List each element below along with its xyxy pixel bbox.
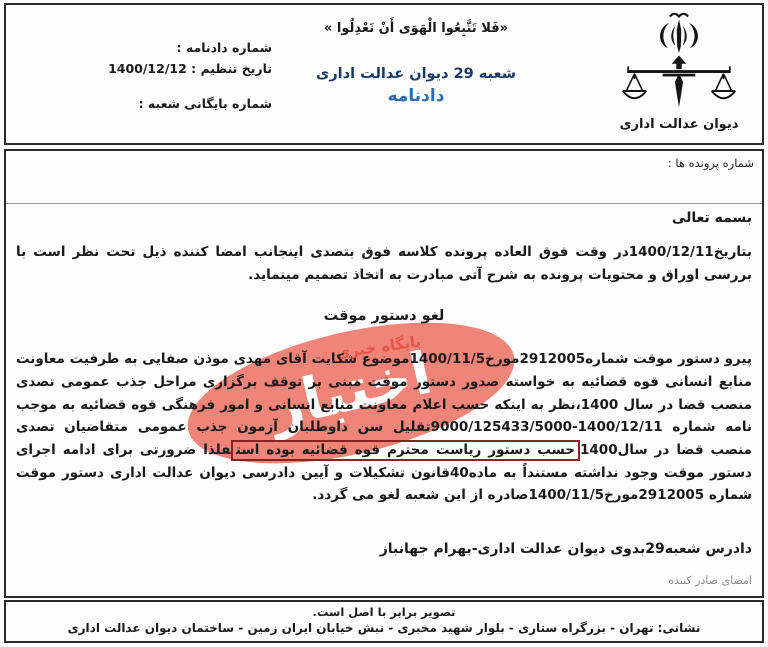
quran-verse: «فَلا تَتَّبِعُوا الْهَوَی أَنْ تَعْدِلُ… — [266, 21, 566, 36]
document-type-title: دادنامه — [266, 86, 566, 106]
address-line: نشانی: تهران - بزرگراه ستاری - بلوار شهی… — [6, 621, 762, 635]
court-verdict-document: شماره دادنامه : تاریخ تنظیم : 1400/12/12… — [0, 0, 768, 647]
verdict-number-label: شماره دادنامه : — [22, 37, 272, 58]
archive-number-label: شماره بایگانی شعبه : — [22, 93, 272, 114]
footer-section: تصویر برابر با اصل است. نشانی: تهران - ب… — [4, 600, 764, 643]
body-section: شماره پرونده ها : اختبار پایگاه خبری بسم… — [4, 149, 764, 598]
basmala-line: بسمه تعالی — [16, 210, 752, 226]
justice-scales-emblem-icon — [620, 9, 738, 113]
ruling-heading: لغو دستور موقت — [16, 308, 752, 324]
case-numbers-row: شماره پرونده ها : — [6, 151, 762, 204]
certified-copy-line: تصویر برابر با اصل است. — [6, 605, 762, 619]
judge-signature-line: دادرس شعبه29بدوی دیوان عدالت اداری-بهرام… — [16, 541, 752, 557]
emblem-block: دیوان عدالت اداری — [606, 9, 752, 132]
case-numbers-label: شماره پرونده ها : — [668, 156, 754, 170]
highlighted-phrase-box: حسب دستور ریاست محترم قوه قضائیه بوده اس… — [231, 440, 580, 461]
header-center-block: «فَلا تَتَّبِعُوا الْهَوَی أَنْ تَعْدِلُ… — [266, 5, 566, 143]
document-numbers-block: شماره دادنامه : تاریخ تنظیم : 1400/12/12… — [22, 37, 272, 114]
issuer-signature-note: امضای صادر کننده — [16, 574, 752, 587]
organization-name: دیوان عدالت اداری — [606, 117, 752, 132]
issue-date-label: تاریخ تنظیم : 1400/12/12 — [22, 58, 272, 79]
header-section: شماره دادنامه : تاریخ تنظیم : 1400/12/12… — [4, 3, 764, 145]
intro-paragraph: بتاریخ1400/12/11در وقت فوق العاده پرونده… — [16, 241, 752, 286]
branch-title: شعبه 29 دیوان عدالت اداری — [266, 66, 566, 82]
verdict-main-content: اختبار پایگاه خبری بسمه تعالی بتاریخ1400… — [6, 204, 762, 587]
ruling-paragraph: پیرو دستور موقت شماره2912005مورخ1400/11/… — [16, 348, 752, 507]
